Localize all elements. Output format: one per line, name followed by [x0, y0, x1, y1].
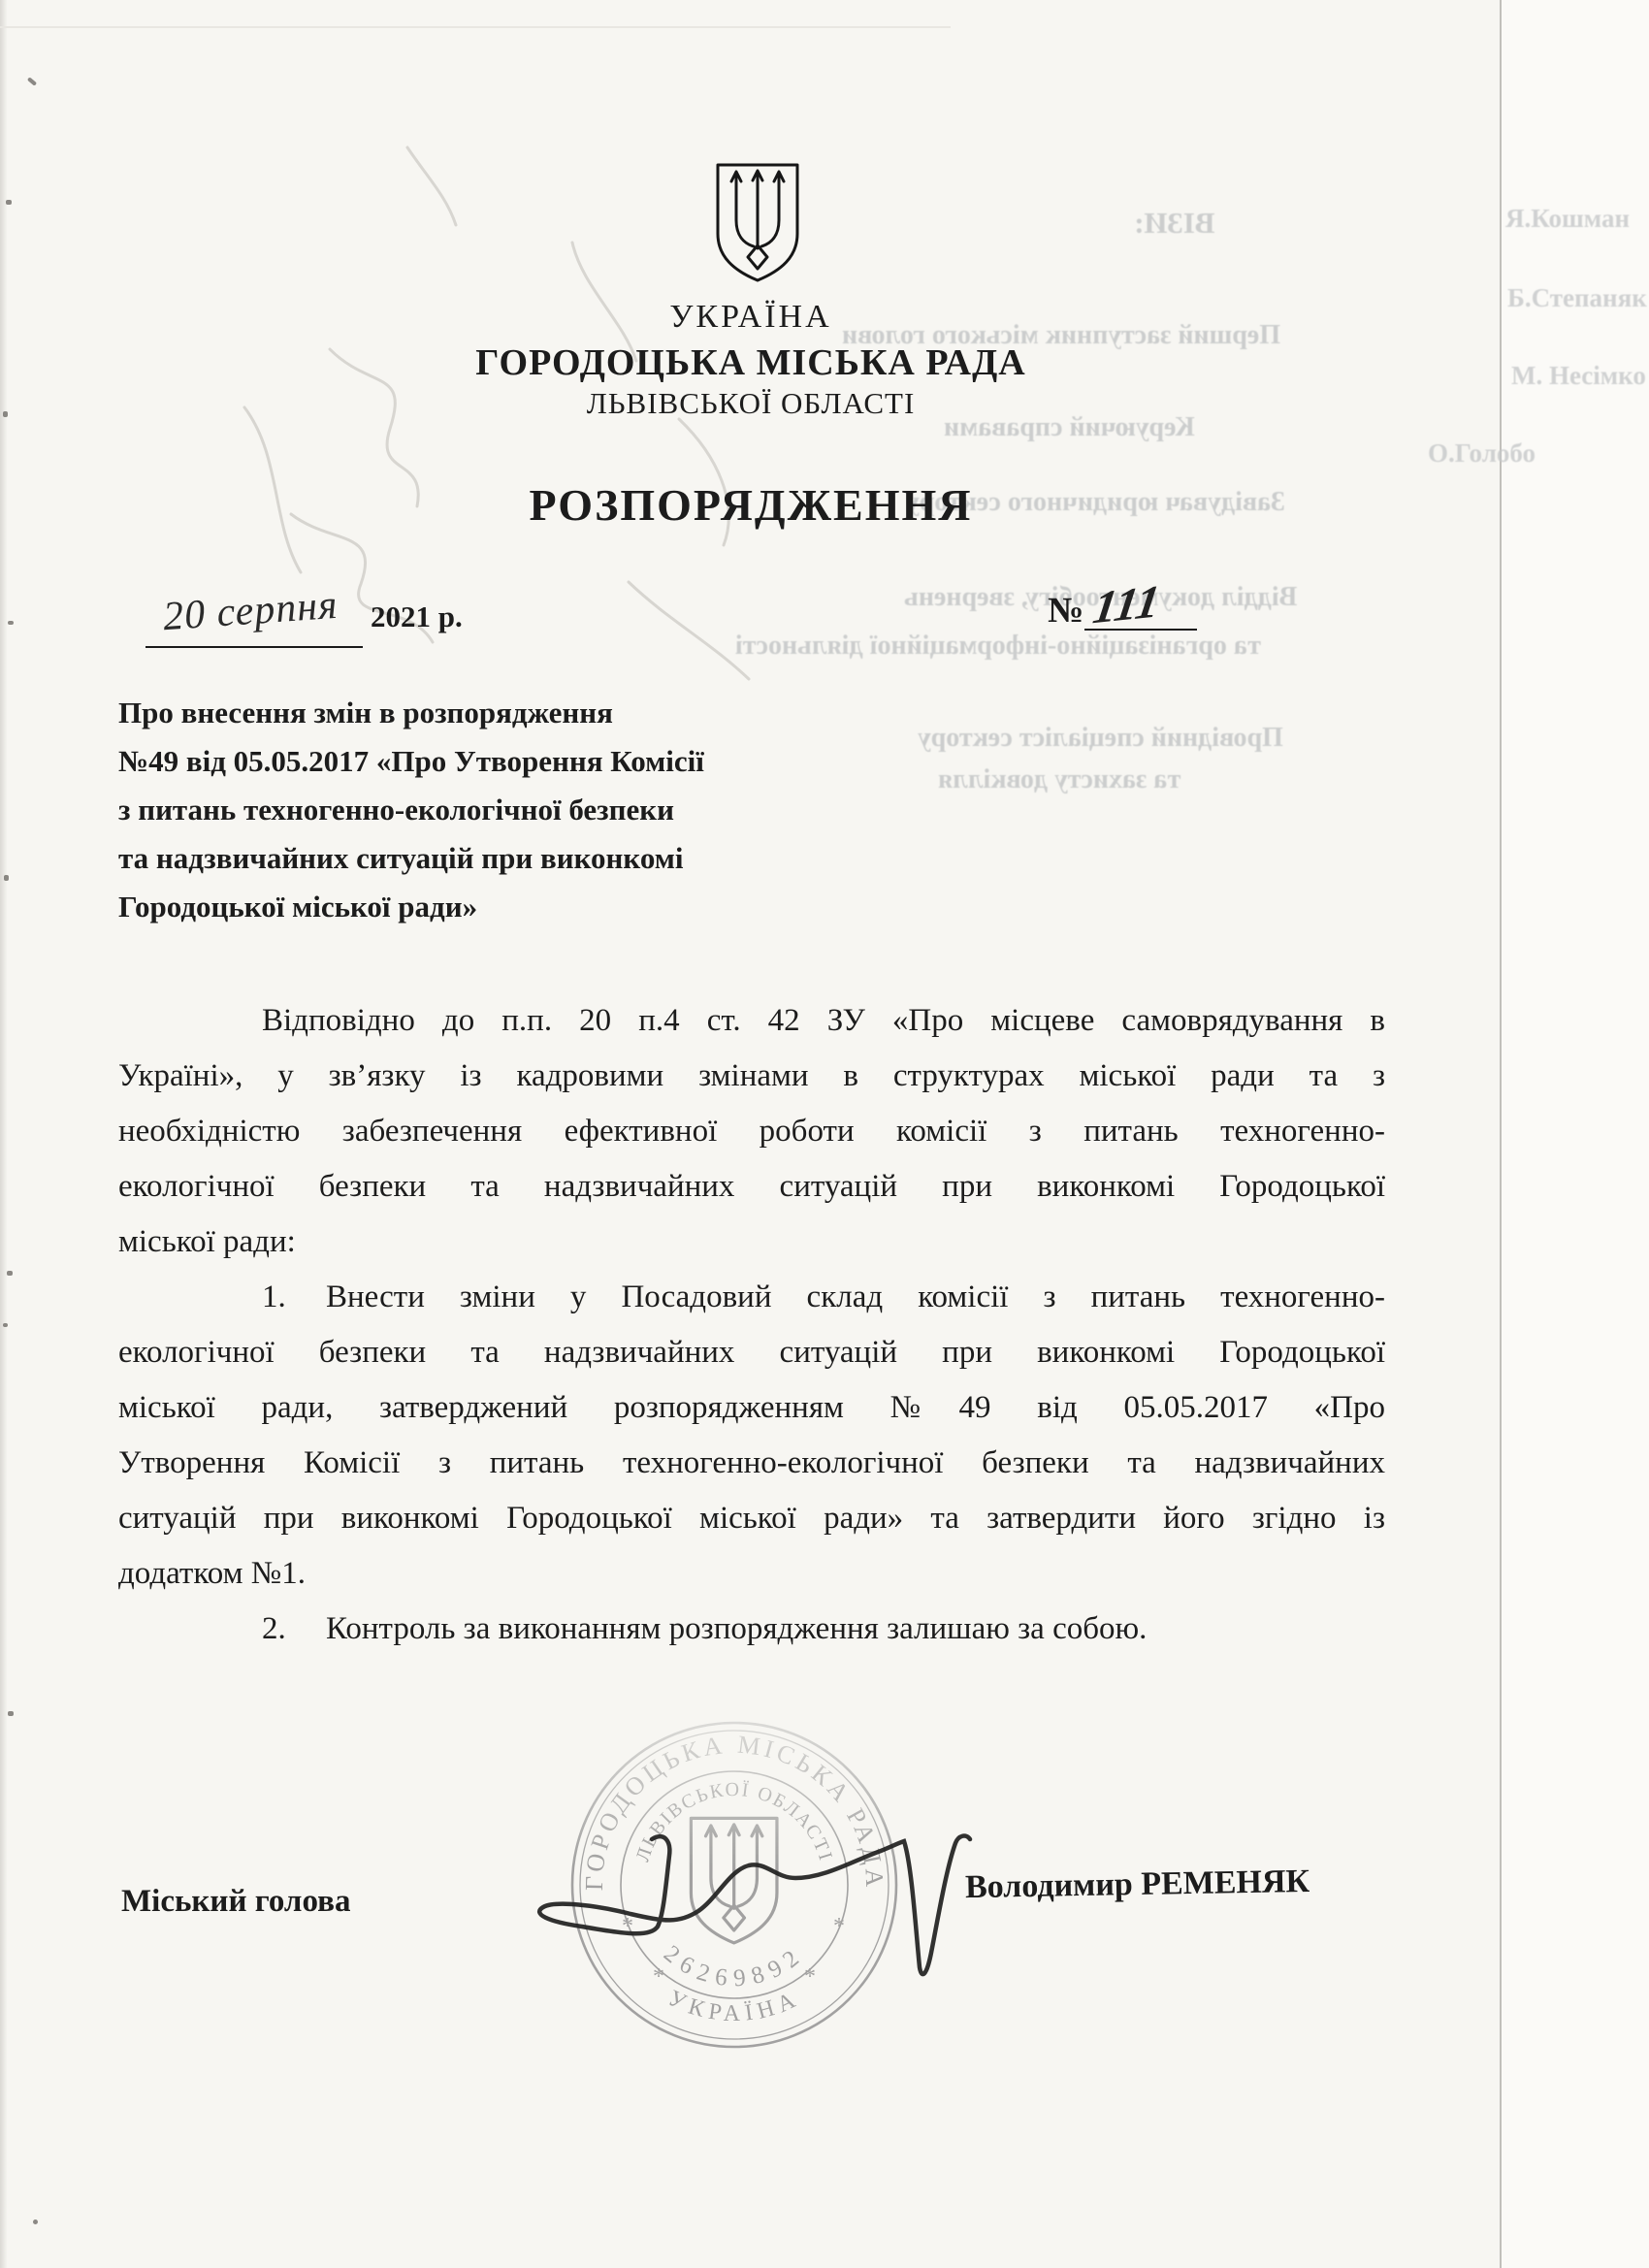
- bleedthrough-line: та організаційно-інформаційної діяльност…: [735, 631, 1261, 662]
- year-label: 2021 р.: [371, 599, 463, 634]
- body-line: Відповідно до п.п. 20 п.4 ст. 42 ЗУ «Про…: [118, 993, 1385, 1049]
- mayor-title: Міський голова: [121, 1884, 350, 1920]
- subject-line: №49 від 05.05.2017 «Про Утворення Комісі…: [118, 737, 759, 786]
- scan-speck: [6, 200, 12, 205]
- bleedthrough-line: Провідний спеціаліст сектору: [918, 723, 1283, 754]
- bleedthrough-name: О.Голобо: [1428, 438, 1536, 469]
- document-type-title: РОЗПОРЯДЖЕННЯ: [0, 479, 1502, 531]
- date-underline: [145, 646, 363, 648]
- subject-line: з питань техногенно-екологічної безпеки: [118, 786, 759, 834]
- bleedthrough-name: Б.Степаняк: [1507, 283, 1647, 313]
- body-line: екологічної безпеки та надзвичайних ситу…: [118, 1325, 1385, 1380]
- country-name: УКРАЇНА: [0, 299, 1502, 336]
- body-line: додатком №1.: [118, 1546, 1385, 1602]
- body-line: Утворення Комісії з питань техногенно-ек…: [118, 1436, 1385, 1491]
- handwritten-signature: [504, 1800, 1009, 2014]
- body-line: 2.Контроль за виконанням розпорядження з…: [118, 1602, 1385, 1657]
- scan-speck: [3, 1323, 8, 1327]
- council-name: ГОРОДОЦЬКА МІСЬКА РАДА: [0, 341, 1502, 384]
- scan-speck: [8, 1711, 14, 1716]
- item-number: 1.: [262, 1270, 326, 1325]
- subject-block: Про внесення змін в розпорядження №49 ві…: [118, 689, 759, 931]
- mayor-name: Володимир РЕМЕНЯК: [965, 1863, 1310, 1906]
- region-name: ЛЬВІВСЬКОЇ ОБЛАСТІ: [0, 386, 1502, 421]
- subject-line: Городоцької міської ради»: [118, 883, 759, 931]
- bleedthrough-heading: ВІЗИ:: [1134, 206, 1215, 241]
- body-line: екологічної безпеки та надзвичайних ситу…: [118, 1159, 1385, 1215]
- scan-speck: [4, 875, 9, 881]
- coat-of-arms-emblem: [713, 159, 802, 287]
- body-line: 1.Внести зміни у Посадовий склад комісії…: [118, 1270, 1385, 1325]
- bleedthrough-name: М. Несімко: [1511, 361, 1646, 391]
- number-sign: №: [1048, 590, 1083, 632]
- scan-speck: [8, 621, 14, 625]
- handwritten-number: 111: [1089, 575, 1163, 635]
- bleedthrough-line: та захисту довкілля: [938, 764, 1180, 795]
- body-line: міської ради, затверджений розпорядження…: [118, 1380, 1385, 1436]
- scan-speck: [7, 1271, 13, 1276]
- bleedthrough-name: Я.Кошман: [1505, 204, 1630, 234]
- body-line: Україні», у зв’язку із кадровими змінами…: [118, 1049, 1385, 1104]
- body-line: ситуацій при виконкомі Городоцької міськ…: [118, 1491, 1385, 1546]
- body-text: Відповідно до п.п. 20 п.4 ст. 42 ЗУ «Про…: [118, 993, 1385, 1657]
- scanned-document: { "document": { "header": { "country": "…: [0, 0, 1649, 2268]
- item-number: 2.: [262, 1602, 326, 1657]
- subject-line: та надзвичайних ситуацій при виконкомі: [118, 834, 759, 883]
- scan-speck: [33, 2219, 38, 2224]
- subject-line: Про внесення змін в розпорядження: [118, 689, 759, 737]
- body-line: міської ради:: [118, 1215, 1385, 1270]
- body-line: необхідністю забезпечення ефективної роб…: [118, 1104, 1385, 1159]
- number-underline: [1084, 629, 1197, 631]
